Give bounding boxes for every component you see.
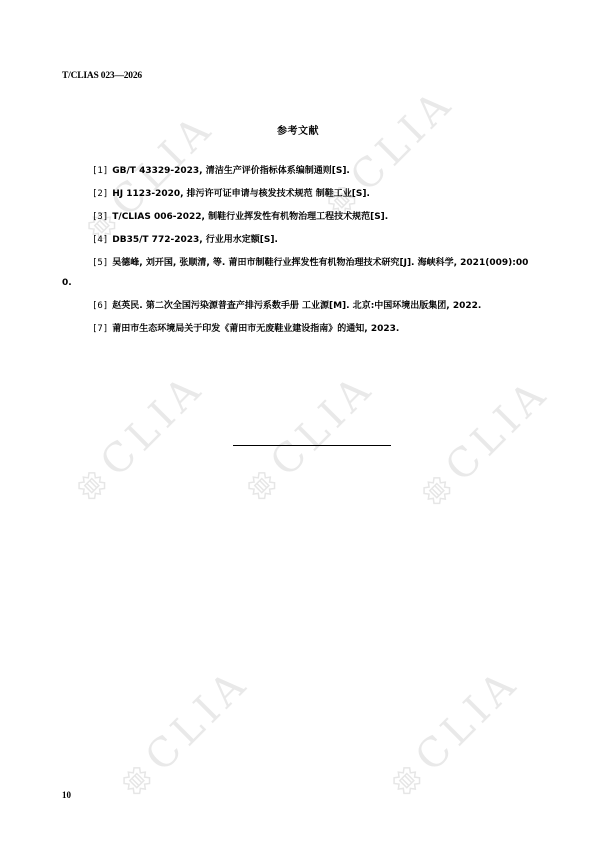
reference-text: DB35/T 772-2023, 行业用水定额[S].: [112, 235, 278, 245]
reference-item: [2]HJ 1123-2020, 排污许可证申请与核发技术规范 制鞋工业[S].: [62, 184, 534, 204]
document-page: T/CLIAS 023—2026 参考文献 [1]GB/T 43329-2023…: [0, 0, 596, 842]
reference-number: [6]: [92, 301, 108, 311]
reference-text: HJ 1123-2020, 排污许可证申请与核发技术规范 制鞋工业[S].: [112, 189, 370, 199]
reference-item: [1]GB/T 43329-2023, 清洁生产评价指标体系编制通则[S].: [62, 161, 534, 181]
reference-number: [1]: [92, 166, 108, 176]
end-of-document-rule: [233, 445, 391, 446]
reference-item: [7]莆田市生态环境局关于印发《莆田市无废鞋业建设指南》的通知, 2023.: [62, 319, 534, 339]
reference-text: 赵英民. 第二次全国污染源普查产排污系数手册 工业源[M]. 北京:中国环境出版…: [112, 301, 481, 311]
reference-text: 吴德峰, 刘开国, 张顺清, 等. 莆田市制鞋行业挥发性有机物治理技术研究[J]…: [62, 258, 528, 288]
standard-code: T/CLIAS 023—2026: [62, 71, 142, 81]
reference-list: [1]GB/T 43329-2023, 清洁生产评价指标体系编制通则[S]. […: [62, 161, 534, 342]
reference-item: [5]吴德峰, 刘开国, 张顺清, 等. 莆田市制鞋行业挥发性有机物治理技术研究…: [62, 253, 534, 293]
reference-item: [6]赵英民. 第二次全国污染源普查产排污系数手册 工业源[M]. 北京:中国环…: [62, 296, 534, 316]
reference-item: [3]T/CLIAS 006-2022, 制鞋行业挥发性有机物治理工程技术规范[…: [62, 207, 534, 227]
reference-text: 莆田市生态环境局关于印发《莆田市无废鞋业建设指南》的通知, 2023.: [112, 324, 399, 334]
reference-item: [4]DB35/T 772-2023, 行业用水定额[S].: [62, 230, 534, 250]
section-title: 参考文献: [0, 122, 596, 137]
reference-number: [3]: [92, 212, 108, 222]
reference-number: [7]: [92, 324, 108, 334]
reference-number: [2]: [92, 189, 108, 199]
reference-number: [4]: [92, 235, 108, 245]
reference-text: GB/T 43329-2023, 清洁生产评价指标体系编制通则[S].: [112, 166, 350, 176]
reference-text: T/CLIAS 006-2022, 制鞋行业挥发性有机物治理工程技术规范[S].: [112, 212, 388, 222]
reference-number: [5]: [92, 258, 108, 268]
page-number: 10: [62, 790, 71, 800]
